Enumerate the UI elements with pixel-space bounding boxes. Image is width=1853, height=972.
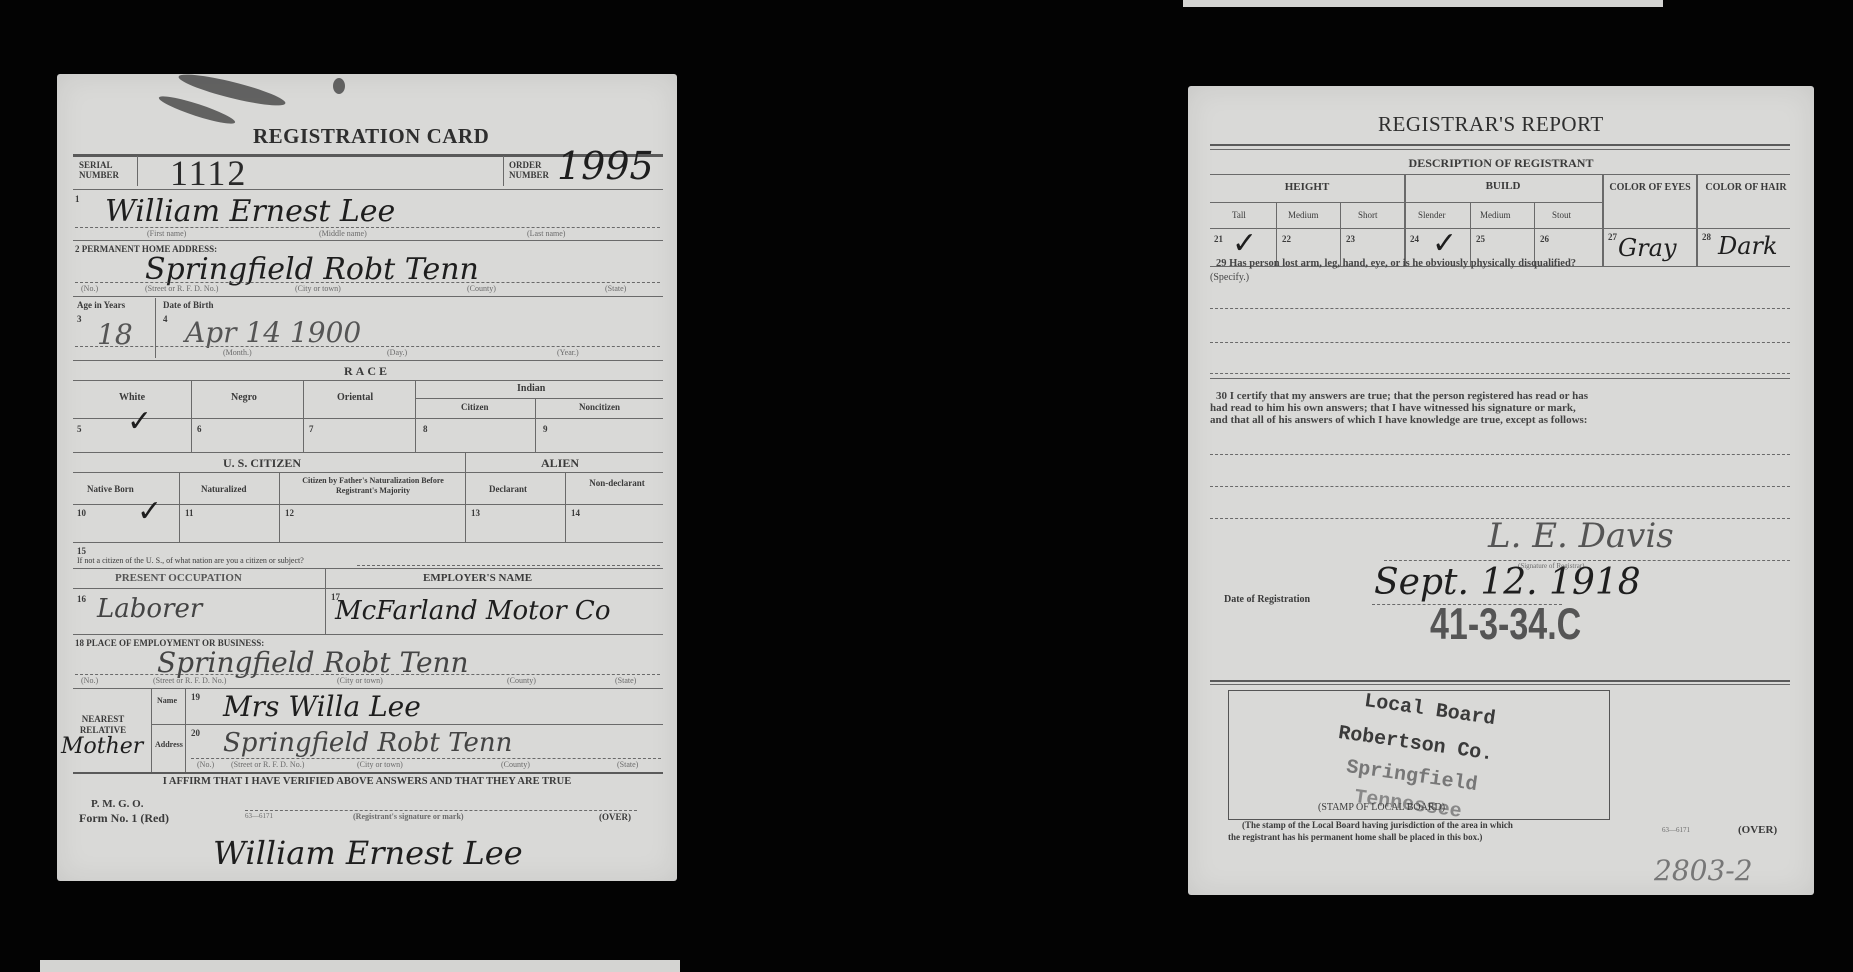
registrars-report-card: REGISTRAR'S REPORT DESCRIPTION OF REGIST… (1188, 86, 1814, 895)
occupation-value: Laborer (97, 594, 202, 624)
dob-value: Apr 14 1900 (185, 316, 361, 349)
stamp-note-line1: (The stamp of the Local Board having jur… (1242, 820, 1513, 830)
over-label: (OVER) (1738, 824, 1777, 836)
order-number: 1995 (557, 144, 654, 188)
race-header: RACE (57, 364, 677, 379)
date-of-registration-label: Date of Registration (1224, 594, 1310, 605)
relative-relation: Mother (61, 734, 143, 759)
alien-header: ALIEN (541, 456, 579, 471)
description-header: DESCRIPTION OF REGISTRANT (1188, 156, 1814, 171)
date-of-registration-value: Sept. 12. 1918 (1374, 562, 1641, 603)
stamp-note-line2: the registrant has his permanent home sh… (1228, 832, 1482, 842)
over-label: (OVER) (599, 812, 631, 822)
relative-name-value: Mrs Willa Lee (223, 690, 421, 723)
us-citizen-header: U. S. CITIZEN (223, 456, 301, 471)
q30-text-line1: 30 I certify that my answers are true; t… (1216, 390, 1588, 402)
q30-text-line3: and that all of his answers of which I h… (1210, 414, 1587, 426)
employer-header: EMPLOYER'S NAME (423, 572, 532, 584)
card-title: REGISTRATION CARD (253, 124, 489, 149)
checkmark-slender: ✓ (1432, 226, 1457, 261)
registration-stamp-code: 41-3-34.C (1430, 600, 1581, 651)
form-number: Form No. 1 (Red) (79, 811, 169, 826)
nearest-relative-label: NEAREST RELATIVE (73, 714, 133, 736)
indian-label: Indian (517, 383, 545, 394)
age-label: Age in Years (77, 300, 125, 310)
order-label: ORDER NUMBER (509, 160, 549, 180)
registrant-name: William Ernest Lee (105, 194, 395, 229)
relative-address-value: Springfield Robt Tenn (223, 728, 512, 758)
q29-text: 29 Has person lost arm, leg, hand, eye, … (1216, 258, 1576, 269)
ink-smudge (333, 78, 345, 94)
archive-number: 2803-2 (1654, 854, 1753, 887)
report-title: REGISTRAR'S REPORT (1378, 112, 1604, 137)
checkmark-white: ✓ (127, 404, 152, 439)
registrant-signature: William Ernest Lee (213, 834, 523, 872)
stamp-box-caption: (STAMP OF LOCAL BOARD) (1318, 802, 1445, 813)
registrar-signature: L. E. Davis (1488, 516, 1674, 556)
q30-text-line2: had read to him his own answers; that I … (1210, 402, 1576, 414)
signature-caption: (Registrant's signature or mark) (353, 812, 464, 821)
hair-color-value: Dark (1718, 232, 1778, 260)
q15-text: If not a citizen of the U. S., of what n… (77, 556, 304, 565)
affirm-text: I AFFIRM THAT I HAVE VERIFIED ABOVE ANSW… (57, 776, 677, 787)
serial-label: SERIAL NUMBER (79, 160, 119, 180)
ink-smudge (157, 92, 237, 128)
q29-specify: (Specify.) (1210, 272, 1249, 283)
dob-label: Date of Birth (163, 300, 214, 310)
checkmark-tall: ✓ (1232, 226, 1257, 261)
occupation-header: PRESENT OCCUPATION (115, 572, 242, 584)
registration-card: REGISTRATION CARD SERIAL NUMBER 1112 ORD… (57, 74, 677, 881)
eye-color-value: Gray (1618, 234, 1677, 262)
employer-value: McFarland Motor Co (335, 596, 610, 626)
pmgo-label: P. M. G. O. (91, 798, 143, 810)
partial-card-top (1183, 0, 1663, 7)
serial-number: 1112 (170, 152, 247, 194)
checkmark-native-born: ✓ (137, 494, 162, 529)
partial-card-bottom (40, 960, 680, 972)
